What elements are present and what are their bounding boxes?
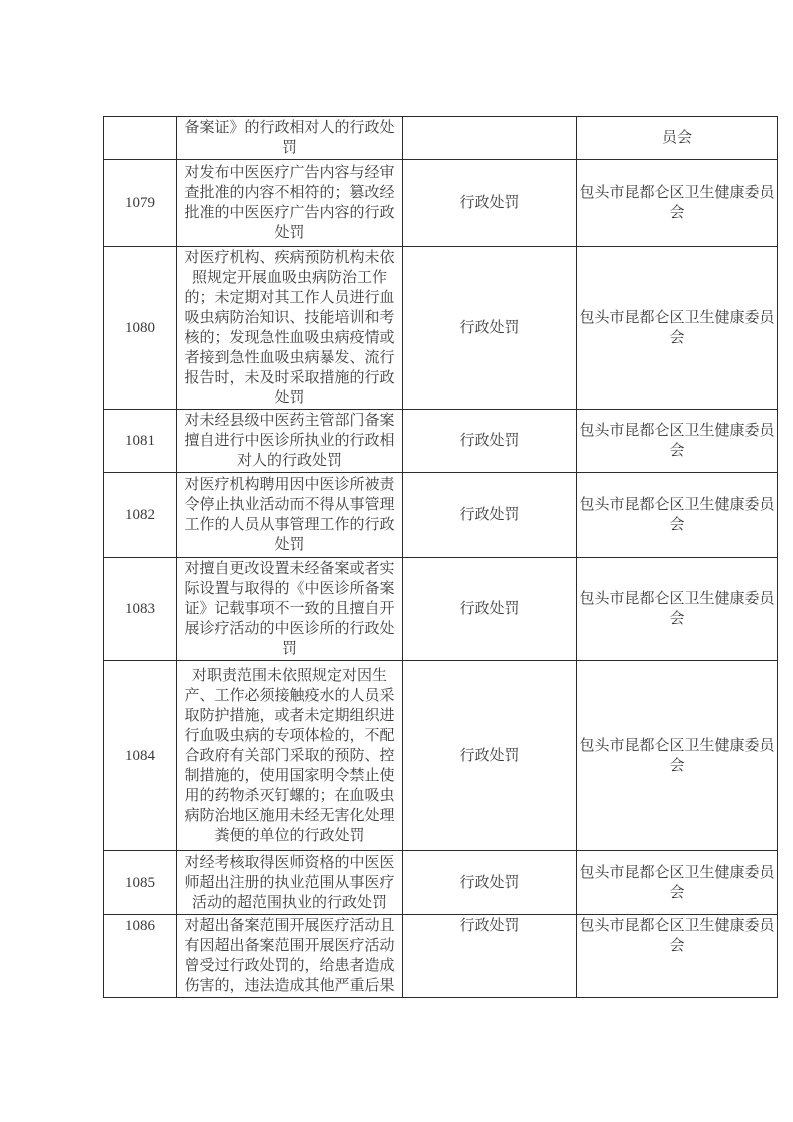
row-number-cell: 1083 bbox=[104, 558, 177, 661]
table-row: 1079 对发布中医医疗广告内容与经审查批准的内容不相符的；篡改经批准的中医医疗… bbox=[104, 160, 778, 247]
penalty-item-cell: 对发布中医医疗广告内容与经审查批准的内容不相符的；篡改经批准的中医医疗广告内容的… bbox=[177, 160, 403, 247]
authority-cell: 包头市昆都仑区卫生健康委员会 bbox=[577, 661, 778, 851]
authority-cell: 包头市昆都仑区卫生健康委员会 bbox=[577, 410, 778, 473]
row-number-cell: 1084 bbox=[104, 661, 177, 851]
penalty-type-cell bbox=[403, 117, 577, 160]
penalty-type-cell: 行政处罚 bbox=[403, 851, 577, 915]
authority-cell: 包头市昆都仑区卫生健康委员会 bbox=[577, 915, 778, 998]
row-number-cell: 1085 bbox=[104, 851, 177, 915]
authority-cell: 包头市昆都仑区卫生健康委员会 bbox=[577, 160, 778, 247]
penalty-type-cell: 行政处罚 bbox=[403, 915, 577, 998]
penalty-item-cell: 对医疗机构、疾病预防机构未依照规定开展血吸虫病防治工作的；未定期对其工作人员进行… bbox=[177, 247, 403, 410]
table-row: 1083 对擅自更改设置未经备案或者实际设置与取得的《中医诊所备案证》记载事项不… bbox=[104, 558, 778, 661]
table-row: 备案证》的行政相对人的行政处罚 员会 bbox=[104, 117, 778, 160]
authority-cell: 员会 bbox=[577, 117, 778, 160]
penalty-item-cell: 对超出备案范围开展医疗活动且有因超出备案范围开展医疗活动曾受过行政处罚的，给患者… bbox=[177, 915, 403, 998]
penalty-item-cell: 对经考核取得医师资格的中医医师超出注册的执业范围从事医疗活动的超范围执业的行政处… bbox=[177, 851, 403, 915]
row-number-cell: 1082 bbox=[104, 473, 177, 558]
penalty-item-cell: 备案证》的行政相对人的行政处罚 bbox=[177, 117, 403, 160]
table-row: 1082 对医疗机构聘用因中医诊所被责令停止执业活动而不得从事管理工作的人员从事… bbox=[104, 473, 778, 558]
penalty-item-cell: 对医疗机构聘用因中医诊所被责令停止执业活动而不得从事管理工作的人员从事管理工作的… bbox=[177, 473, 403, 558]
penalty-type-cell: 行政处罚 bbox=[403, 160, 577, 247]
table-row: 1085 对经考核取得医师资格的中医医师超出注册的执业范围从事医疗活动的超范围执… bbox=[104, 851, 778, 915]
penalty-item-cell: 对擅自更改设置未经备案或者实际设置与取得的《中医诊所备案证》记载事项不一致的且擅… bbox=[177, 558, 403, 661]
table-row: 1084 对职责范围未依照规定对因生产、工作必须接触疫水的人员采取防护措施，或者… bbox=[104, 661, 778, 851]
penalty-item-cell: 对未经县级中医药主管部门备案擅自进行中医诊所执业的行政相对人的行政处罚 bbox=[177, 410, 403, 473]
document-page: 备案证》的行政相对人的行政处罚 员会 1079 对发布中医医疗广告内容与经审查批… bbox=[0, 0, 793, 1122]
row-number-cell: 1081 bbox=[104, 410, 177, 473]
authority-cell: 包头市昆都仑区卫生健康委员会 bbox=[577, 473, 778, 558]
authority-cell: 包头市昆都仑区卫生健康委员会 bbox=[577, 247, 778, 410]
penalty-type-cell: 行政处罚 bbox=[403, 410, 577, 473]
table-row: 1086 对超出备案范围开展医疗活动且有因超出备案范围开展医疗活动曾受过行政处罚… bbox=[104, 915, 778, 998]
authority-cell: 包头市昆都仑区卫生健康委员会 bbox=[577, 558, 778, 661]
row-number-cell: 1080 bbox=[104, 247, 177, 410]
penalty-item-cell: 对职责范围未依照规定对因生产、工作必须接触疫水的人员采取防护措施，或者未定期组织… bbox=[177, 661, 403, 851]
penalty-type-cell: 行政处罚 bbox=[403, 558, 577, 661]
penalty-type-cell: 行政处罚 bbox=[403, 247, 577, 410]
table-row: 1081 对未经县级中医药主管部门备案擅自进行中医诊所执业的行政相对人的行政处罚… bbox=[104, 410, 778, 473]
penalty-type-cell: 行政处罚 bbox=[403, 661, 577, 851]
row-number-cell: 1079 bbox=[104, 160, 177, 247]
penalty-table: 备案证》的行政相对人的行政处罚 员会 1079 对发布中医医疗广告内容与经审查批… bbox=[103, 116, 778, 998]
row-number-cell: 1086 bbox=[104, 915, 177, 998]
authority-cell: 包头市昆都仑区卫生健康委员会 bbox=[577, 851, 778, 915]
row-number-cell bbox=[104, 117, 177, 160]
table-row: 1080 对医疗机构、疾病预防机构未依照规定开展血吸虫病防治工作的；未定期对其工… bbox=[104, 247, 778, 410]
penalty-type-cell: 行政处罚 bbox=[403, 473, 577, 558]
